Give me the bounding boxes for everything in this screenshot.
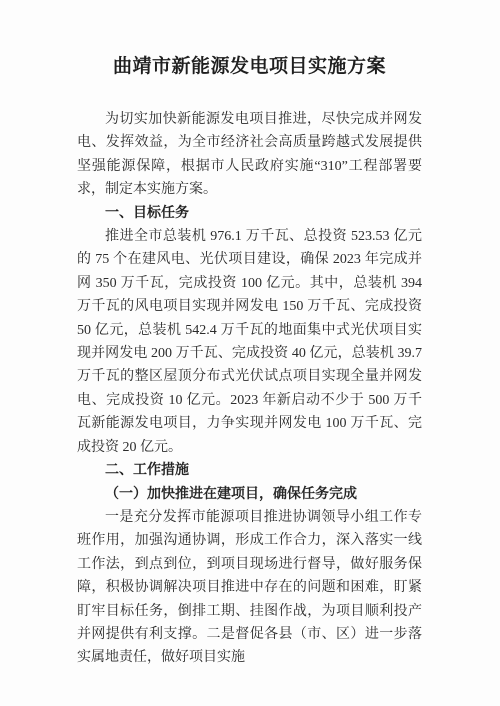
section-1-heading: 一、目标任务 — [77, 202, 422, 225]
intro-paragraph: 为切实加快新能源发电项目推进，尽快完成并网发电、发挥效益，为全市经济社会高质量跨… — [77, 108, 422, 202]
section-1-paragraph: 推进全市总装机 976.1 万千瓦、总投资 523.53 亿元的 75 个在建风… — [77, 225, 422, 459]
document-title: 曲靖市新能源发电项目实施方案 — [77, 52, 422, 82]
section-2-heading: 二、工作措施 — [77, 459, 422, 482]
document-page: 曲靖市新能源发电项目实施方案 为切实加快新能源发电项目推进，尽快完成并网发电、发… — [0, 0, 500, 706]
section-2-paragraph: 一是充分发挥市能源项目推进协调领导小组工作专班作用，加强沟通协调，形成工作合力，… — [77, 506, 422, 670]
section-2-subheading: （一）加快推进在建项目，确保任务完成 — [77, 483, 422, 506]
